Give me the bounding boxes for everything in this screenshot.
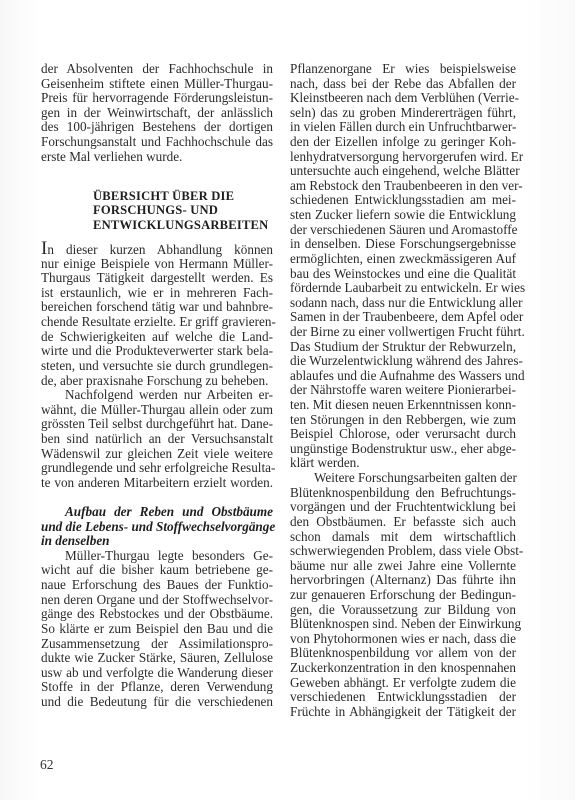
spacer [41, 232, 273, 242]
text-line: bereichen forschend tätig war und bahnbr… [41, 300, 273, 315]
text-line: den der Eizellen infolge zu geringer Koh… [290, 135, 516, 150]
paragraph-weitere-forschungsarbeiten: Weitere Forschungsarbeiten galten der Bl… [290, 471, 516, 719]
text-line: sten Zucker liefern sowie die Entwicklun… [290, 208, 516, 223]
text-line: gen, die Voraussetzung zur Bildung von [290, 603, 516, 618]
text-line: untersuchte auch eingehend, welche Blätt… [290, 164, 516, 179]
paragraph-nachfolgend: Nachfolgend werden nur Arbeiten er- wähn… [41, 388, 273, 490]
left-column: der Absolventen der Fachhochschule in Ge… [41, 62, 273, 710]
text-line: der Absolventen der Fachhochschule in [41, 62, 273, 77]
text-line: verschiedenen Entwicklungsstadien der [290, 690, 516, 705]
text-line: Früchte in Abhängigkeit der Tätigkeit de… [290, 705, 516, 720]
spacer [41, 164, 273, 179]
spacer [41, 490, 273, 505]
right-column: Pflanzenorgane Er wies beispielsweise na… [290, 62, 516, 719]
text-line: Geweben abhängt. Er verfolgte zudem die [290, 676, 516, 691]
subsection-heading: Aufbau der Reben und Obstbäume und die L… [41, 505, 273, 549]
text-line: In dieser kurzen Abhandlung können [41, 242, 273, 257]
paragraph-mueller-thurgau: Müller-Thurgau legte besonders Ge- wicht… [41, 549, 273, 710]
text-line: von Phytohormonen wies er nach, dass die [290, 632, 516, 647]
text-line: dukte wie Zucker Stärke, Säuren, Zellulo… [41, 651, 273, 666]
paragraph-introduction: In dieser kurzen Abhandlung können nur e… [41, 242, 273, 388]
text-line: Das Studium der Struktur der Rebwurzeln, [290, 340, 516, 355]
text-line: klärt werden. [290, 456, 516, 471]
text-line: der Birne zu einer vollwertigen Frucht f… [290, 325, 516, 340]
text-line: und die Bedeutung für die verschiedenen [41, 695, 273, 710]
text-line: nen deren Organe und der Stoffwechselvor… [41, 593, 273, 608]
intro-paragraph: der Absolventen der Fachhochschule in Ge… [41, 62, 273, 164]
text-line: des 100-jährigen Bestehens der dortigen [41, 120, 273, 135]
text-line: zur genaueren Erforschung der Bedingun- [290, 588, 516, 603]
text-line: schiedenen Entwicklungsstadien am mei- [290, 193, 516, 208]
text-line: gen in der Weinwirtschaft, der anlässlic… [41, 106, 273, 121]
text-line: Thurgaus Tätigkeit dargestellt werden. E… [41, 271, 273, 286]
section-heading: ÜBERSICHT ÜBER DIE FORSCHUNGS- UND ENTWI… [41, 189, 273, 232]
text-line: der Nährstoffe waren weitere Pionierarbe… [290, 383, 516, 398]
text-line: ten Störungen in den Rebbergen, wie zum [290, 413, 516, 428]
text-line: fördernde Laubarbeit zu entwickeln. Er w… [290, 281, 516, 296]
subheading-line: und die Lebens- und Stoffwechselvorgänge [41, 520, 273, 535]
text-line: ablaufes und die Aufnahme des Wassers un… [290, 369, 516, 384]
text-line: de, aber praxisnahe Forschung zu beheben… [41, 374, 273, 389]
text-line: seln) das zu groben Mindererträgen führt… [290, 106, 516, 121]
paragraph-pflanzenorgane: Pflanzenorgane Er wies beispielsweise na… [290, 62, 516, 471]
text-line: ungünstige Bodenstruktur usw., eher abge… [290, 442, 516, 457]
text-line: wirte und die Produkteverwerter stark be… [41, 344, 273, 359]
text-line: wähnt, die Müller-Thurgau allein oder zu… [41, 403, 273, 418]
text-line: grössten Teil selbst durchgeführt hat. D… [41, 417, 273, 432]
text-line: te von anderen Mitarbeitern erzielt word… [41, 476, 273, 491]
text-line: Wädenswil zur gleichen Zeit viele weiter… [41, 447, 273, 462]
text-line: die Wurzelentwicklung während des Jahres… [290, 354, 516, 369]
text-line: Zuckerkonzentration in den knospennahen [290, 661, 516, 676]
text-line: steten, und versuchte sie durch grundleg… [41, 359, 273, 374]
page-number: 62 [40, 757, 54, 773]
text-line: Beispiel Chlorose, oder verursacht durch [290, 427, 516, 442]
heading-line: ÜBERSICHT ÜBER DIE [93, 189, 273, 203]
text-line: schwerwiegenden Problem, dass viele Obst… [290, 544, 516, 559]
text-line: nur einige Beispiele von Hermann Müller- [41, 257, 273, 272]
text-line: Stoffe in der Pflanze, deren Verwendung [41, 680, 273, 695]
text-line: Nachfolgend werden nur Arbeiten er- [41, 388, 273, 403]
subheading-line: in denselben [41, 534, 273, 549]
text-line: Pflanzenorgane Er wies beispielsweise [290, 62, 516, 77]
text-line: naue Erforschung des Baues der Funktio- [41, 578, 273, 593]
heading-line: FORSCHUNGS- UND [93, 203, 273, 217]
subheading-line: Aufbau der Reben und Obstbäume [41, 505, 273, 520]
text-line: Preis für hervorragende Förderungsleistu… [41, 91, 273, 106]
text-line: usw ab und verfolgte die Wanderung diese… [41, 666, 273, 681]
text-line: Samen in der Traubenbeere, dem Apfel ode… [290, 310, 516, 325]
text-line: hervorbringen (Alternanz) Das führte ihn [290, 573, 516, 588]
text-line: bäume nur alle zwei Jahre eine Vollernte [290, 559, 516, 574]
heading-line: ENTWICKLUNGSARBEITEN [93, 218, 273, 232]
text-line: Blütenknospenbildung den Befruchtungs- [290, 486, 516, 501]
text-line: So klärte er zum Beispiel den Bau und di… [41, 622, 273, 637]
text-line: Forschungsanstalt und Fachhochschule das [41, 135, 273, 150]
text-line: de Schwierigkeiten auf welche die Land- [41, 330, 273, 345]
text-line: ben sind natürlich an der Versuchsanstal… [41, 432, 273, 447]
text-line: Blütenknospenbildung vor allem von der [290, 646, 516, 661]
text-line: grundlegende und sehr erfolgreiche Resul… [41, 461, 273, 476]
text-line: ten. Mit diesen neuen Erkenntnissen konn… [290, 398, 516, 413]
text-line: schon damals mit dem wirtschaftlich [290, 530, 516, 545]
text-line: erste Mal verliehen wurde. [41, 150, 273, 165]
text-line: ermöglichten, einen zweckmässigeren Auf [290, 252, 516, 267]
text-line: bau des Weinstockes und eine die Qualitä… [290, 267, 516, 282]
text-line: lenhydratversorgung hervorgerufen wird. … [290, 150, 516, 165]
text-line: in denselben. Diese Forschungsergebnisse [290, 237, 516, 252]
text-line: vorgängen und der Fruchtentwicklung bei [290, 500, 516, 515]
text-line: sodann nach, dass nur die Entwicklung al… [290, 296, 516, 311]
text-line: wicht auf die bisher kaum betriebene ge- [41, 563, 273, 578]
text-fragment: n dieser kurzen Abhandlung können [47, 242, 273, 257]
text-line: den Obstbäumen. Er befasste sich auch [290, 515, 516, 530]
text-line: ist erstaunlich, wie er in mehreren Fach… [41, 286, 273, 301]
text-line: nach, dass bei der Rebe das Abfallen der [290, 77, 516, 92]
text-line: Weitere Forschungsarbeiten galten der [290, 471, 516, 486]
text-line: in vielen Fällen durch ein Unfruchtbarwe… [290, 120, 516, 135]
text-line: gänge des Rebstockes und der Obstbäume. [41, 607, 273, 622]
text-line: Müller-Thurgau legte besonders Ge- [41, 549, 273, 564]
text-line: am Rebstock den Traubenbeeren in den ver… [290, 179, 516, 194]
text-line: der verschiedenen Säuren und Aromastoffe [290, 223, 516, 238]
text-line: Zusammensetzung der Assimilationspro- [41, 637, 273, 652]
text-line: chende Resultate erzielte. Er griff grav… [41, 315, 273, 330]
text-line: Geisenheim stiftete einen Müller-Thurgau… [41, 77, 273, 92]
spacer [41, 179, 273, 189]
text-line: Kleinstbeeren nach dem Verblühen (Verrie… [290, 91, 516, 106]
text-line: Blütenknospen sind. Neben der Einwirkung [290, 617, 516, 632]
